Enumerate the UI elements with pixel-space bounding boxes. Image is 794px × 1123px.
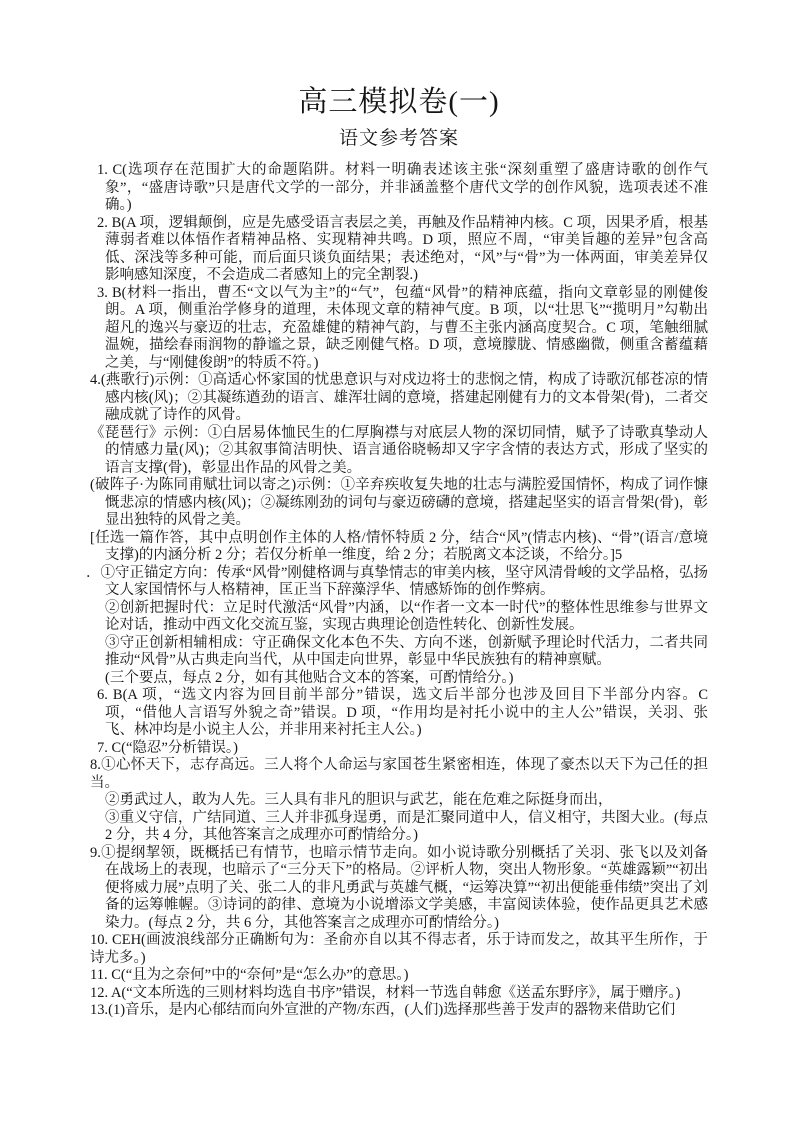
answers-list: 1. C(选项存在范围扩大的命题陷阱。材料一明确表述该主张“深刻重塑了盛唐诗歌的… <box>90 162 708 1020</box>
answer-paragraph: ③守正创新相辅相成：守正确保文化本色不失、方向不迷，创新赋予理论时代活力，二者共… <box>90 635 708 670</box>
answer-paragraph: ②创新把握时代：立足时代激活“风骨”内涵，以“作者一文本一时代”的整体性思维参与… <box>90 600 708 635</box>
answer-paragraph: 13.(1)音乐，是内心郁结而向外宣泄的产物/东西，(人们)选择那些善于发声的器… <box>90 1002 708 1020</box>
answer-paragraph: [任选一篇作答，其中点明创作主体的人格/情怀特质 2 分，结合“风”(情志内核)… <box>90 530 708 565</box>
answer-paragraph: ③重义守信，广结同道、三人并非孤身逞勇，而是汇聚同道中人，信义相守，共图大业。(… <box>90 810 708 845</box>
page-subtitle: 语文参考答案 <box>90 122 708 155</box>
answer-paragraph: 12. A(“文本所选的三则材料均选自书序”错误，材料一节选自韩愈《送孟东野序》… <box>90 985 708 1003</box>
answer-paragraph: 11. C(“且为之奈何”中的“奈何”是“怎么办”的意思。) <box>90 967 708 985</box>
answer-paragraph: ②勇武过人，敢为人先。三人具有非凡的胆识与武艺，能在危难之际挺身而出， <box>90 792 708 810</box>
answer-paragraph: 10. CEH(画波浪线部分正确断句为：圣俞亦自以其不得志者，乐于诗而发之，故其… <box>90 932 708 967</box>
exam-answer-page: 高三模拟卷(一) 语文参考答案 1. C(选项存在范围扩大的命题陷阱。材料一明确… <box>0 0 794 1123</box>
answer-paragraph: ．①守正锚定方向：传承“风骨”刚健格调与真挚情志的审美内核，坚守风清骨峻的文学品… <box>90 565 708 600</box>
answer-paragraph: 9.①提纲挈领，既概括已有情节，也暗示情节走向。如小说诗歌分别概括了关羽、张飞以… <box>90 845 708 933</box>
answer-paragraph: 2. B(A 项，逻辑颠倒，应是先感受语言表层之美，再触及作品精神内核。C 项，… <box>90 215 708 285</box>
answer-paragraph: (破阵子·为陈同甫赋壮词以寄之)示例：①辛弃疾收复失地的壮志与满腔爱国情怀，构成… <box>90 477 708 530</box>
answer-paragraph: 《琵琶行》示例：①白居易体恤民生的仁厚胸襟与对底层人物的深切同情，赋予了诗歌真挚… <box>90 425 708 478</box>
answer-paragraph: 8.①心怀天下，志存高远。三人将个人命运与家国苍生紧密相连，体现了豪杰以天下为己… <box>90 757 708 792</box>
page-title: 高三模拟卷(一) <box>90 82 708 122</box>
answer-paragraph: 7. C(“隐忍”分析错误。) <box>90 740 708 758</box>
answer-paragraph: (三个要点，每点 2 分，如有其他贴合文本的答案，可酌情给分。) <box>90 670 708 688</box>
answer-paragraph: 6. B(A 项，“选文内容为回目前半部分”错误，选文后半部分也涉及回目下半部分… <box>90 687 708 740</box>
answer-paragraph: 1. C(选项存在范围扩大的命题陷阱。材料一明确表述该主张“深刻重塑了盛唐诗歌的… <box>90 162 708 215</box>
answer-paragraph: 3. B(材料一指出，曹丕“文以气为主”的“气”，包蕴“风骨”的精神底蕴，指向文… <box>90 285 708 373</box>
answer-paragraph: 4.(燕歌行)示例：①高适心怀家国的忧患意识与对戍边将士的悲悯之情，构成了诗歌沉… <box>90 372 708 425</box>
